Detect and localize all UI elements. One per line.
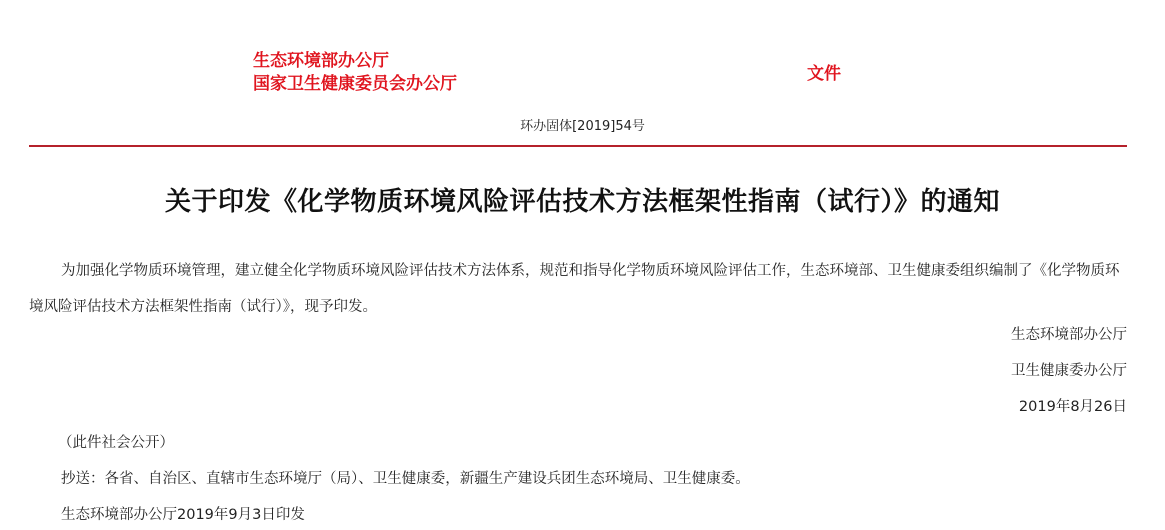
document-type-label: 文件 [807,63,841,86]
print-info: 生态环境部办公厅2019年9月3日印发 [61,505,305,525]
cc-list: 抄送：各省、自治区、直辖市生态环境厅（局）、卫生健康委，新疆生产建设兵团生态环境… [61,469,750,489]
red-divider-rule [29,145,1127,147]
issuer-2: 国家卫生健康委员会办公厅 [253,73,457,96]
signature-date: 2019年8月26日 [1019,397,1127,417]
disclosure-note: （此件社会公开） [58,433,174,453]
document-number: 环办固体[2019]54号 [0,118,1165,136]
issuing-authorities: 生态环境部办公厅 国家卫生健康委员会办公厅 [253,50,457,96]
body-paragraph: 为加强化学物质环境管理，建立健全化学物质环境风险评估技术方法体系，规范和指导化学… [29,253,1127,325]
issuer-1: 生态环境部办公厅 [253,50,457,73]
signature-org-1: 生态环境部办公厅 [1011,325,1127,345]
signature-org-2: 卫生健康委办公厅 [1011,361,1127,381]
document-title: 关于印发《化学物质环境风险评估技术方法框架性指南（试行）》的通知 [0,184,1165,220]
